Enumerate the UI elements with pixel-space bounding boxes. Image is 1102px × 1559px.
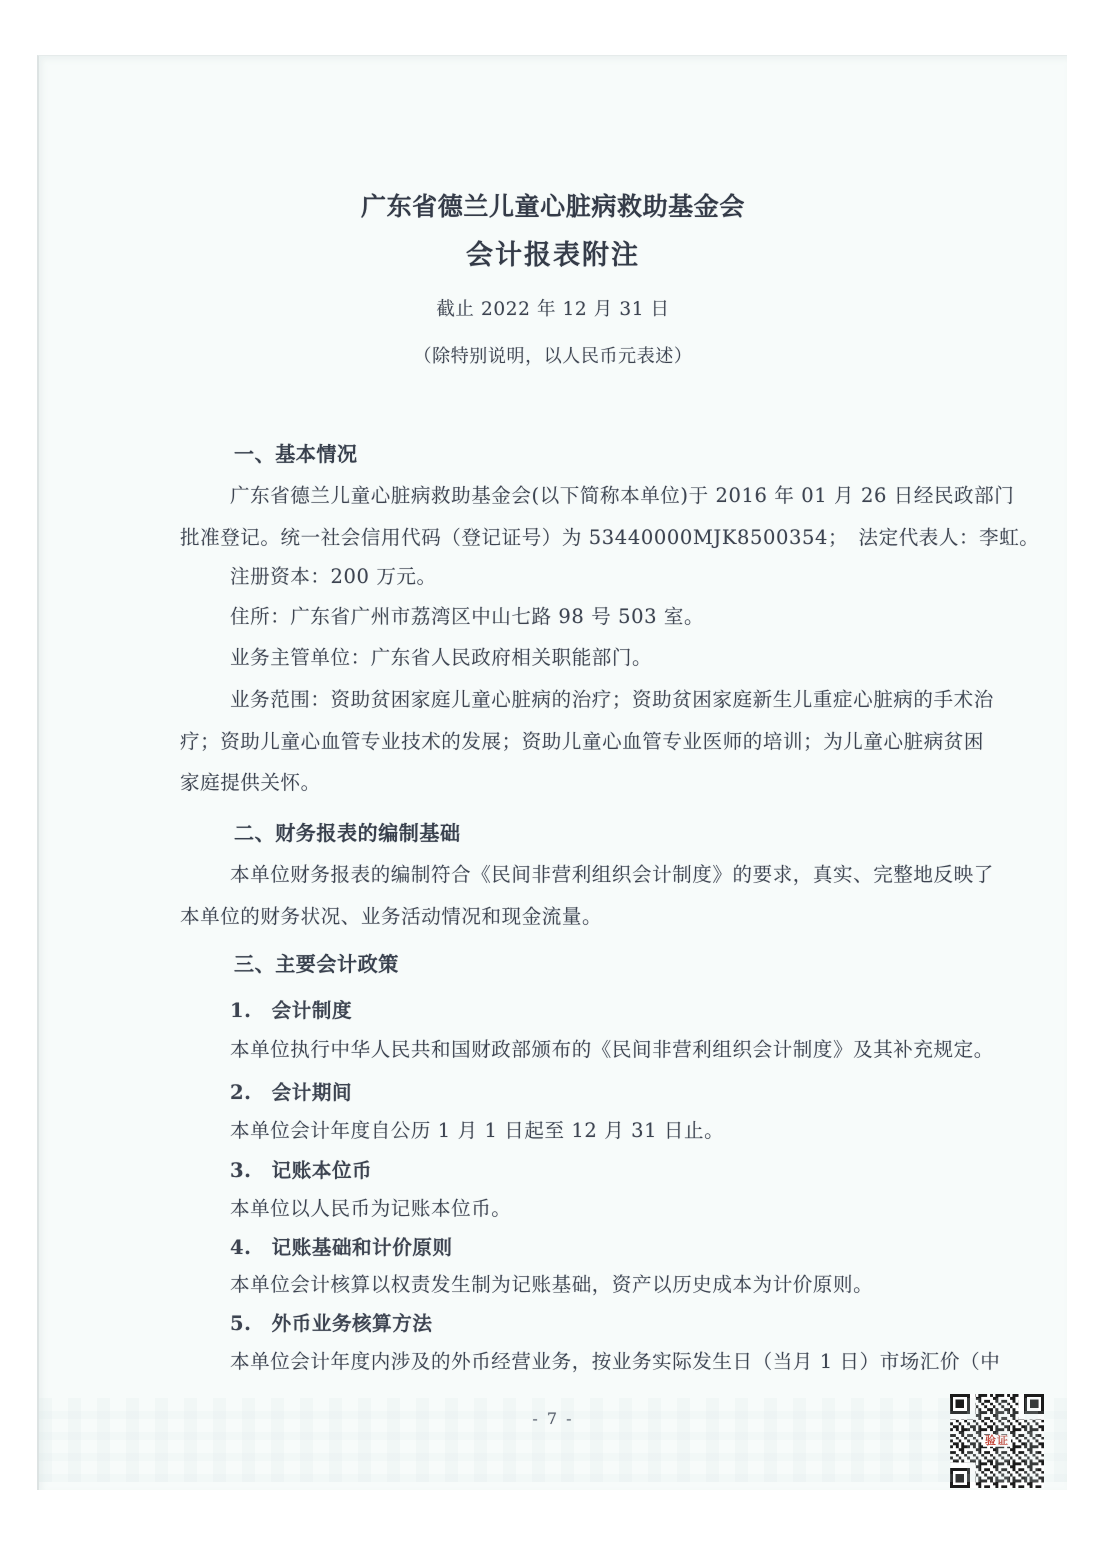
policy-5-heading: 5. 外币业务核算方法 <box>230 1312 432 1335</box>
section-3-heading: 三、主要会计政策 <box>234 952 399 976</box>
qr-center-label: 验证 <box>983 1435 1011 1447</box>
scan-background: 广东省德兰儿童心脏病救助基金会 会计报表附注 截止 2022 年 12 月 31… <box>0 0 1102 1559</box>
qr-code: 验证 <box>950 1394 1044 1488</box>
registration-line-2: 批准登记。统一社会信用代码（登记证号）为 53440000MJK8500354；… <box>180 526 1039 549</box>
policy-2-heading: 2. 会计期间 <box>230 1081 352 1104</box>
section-1-heading: 一、基本情况 <box>234 442 358 466</box>
as-of-date: 截止 2022 年 12 月 31 日 <box>39 299 1067 321</box>
policy-4-body: 本单位会计核算以权责发生制为记账基础，资产以历史成本为计价原则。 <box>230 1273 873 1296</box>
registration-line-1: 广东省德兰儿童心脏病救助基金会(以下简称本单位)于 2016 年 01 月 26… <box>230 484 1014 507</box>
doc-title: 会计报表附注 <box>39 240 1067 272</box>
document-page: 广东省德兰儿童心脏病救助基金会 会计报表附注 截止 2022 年 12 月 31… <box>37 55 1067 1490</box>
policy-1-body: 本单位执行中华人民共和国财政部颁布的《民间非营利组织会计制度》及其补充规定。 <box>230 1038 994 1061</box>
supervisor-line: 业务主管单位：广东省人民政府相关职能部门。 <box>230 646 652 669</box>
policy-2-body: 本单位会计年度自公历 1 月 1 日起至 12 月 31 日止。 <box>230 1119 724 1142</box>
policy-3-heading: 3. 记账本位币 <box>230 1159 372 1182</box>
business-scope-line-2: 疗；资助儿童心血管专业技术的发展；资助儿童心血管专业医师的培训；为儿童心脏病贫困 <box>180 730 984 753</box>
address-line: 住所：广东省广州市荔湾区中山七路 98 号 503 室。 <box>230 605 704 628</box>
policy-5-body: 本单位会计年度内涉及的外币经营业务，按业务实际发生日（当月 1 日）市场汇价（中 <box>230 1350 1000 1373</box>
org-name: 广东省德兰儿童心脏病救助基金会 <box>39 192 1067 222</box>
currency-note: （除特别说明，以人民币元表述） <box>39 346 1067 368</box>
basis-body-line-2: 本单位的财务状况、业务活动情况和现金流量。 <box>180 905 602 928</box>
policy-1-heading: 1. 会计制度 <box>230 999 352 1022</box>
basis-body-line-1: 本单位财务报表的编制符合《民间非营利组织会计制度》的要求，真实、完整地反映了 <box>230 863 994 886</box>
registered-capital-line: 注册资本：200 万元。 <box>230 565 437 588</box>
policy-4-heading: 4. 记账基础和计价原则 <box>230 1236 453 1259</box>
policy-3-body: 本单位以人民币为记账本位币。 <box>230 1197 511 1220</box>
business-scope-line-1: 业务范围：资助贫困家庭儿童心脏病的治疗；资助贫困家庭新生儿重症心脏病的手术治 <box>230 688 994 711</box>
business-scope-line-3: 家庭提供关怀。 <box>180 771 321 794</box>
page-footer-number: - 7 - <box>39 1409 1067 1428</box>
section-2-heading: 二、财务报表的编制基础 <box>234 821 461 845</box>
